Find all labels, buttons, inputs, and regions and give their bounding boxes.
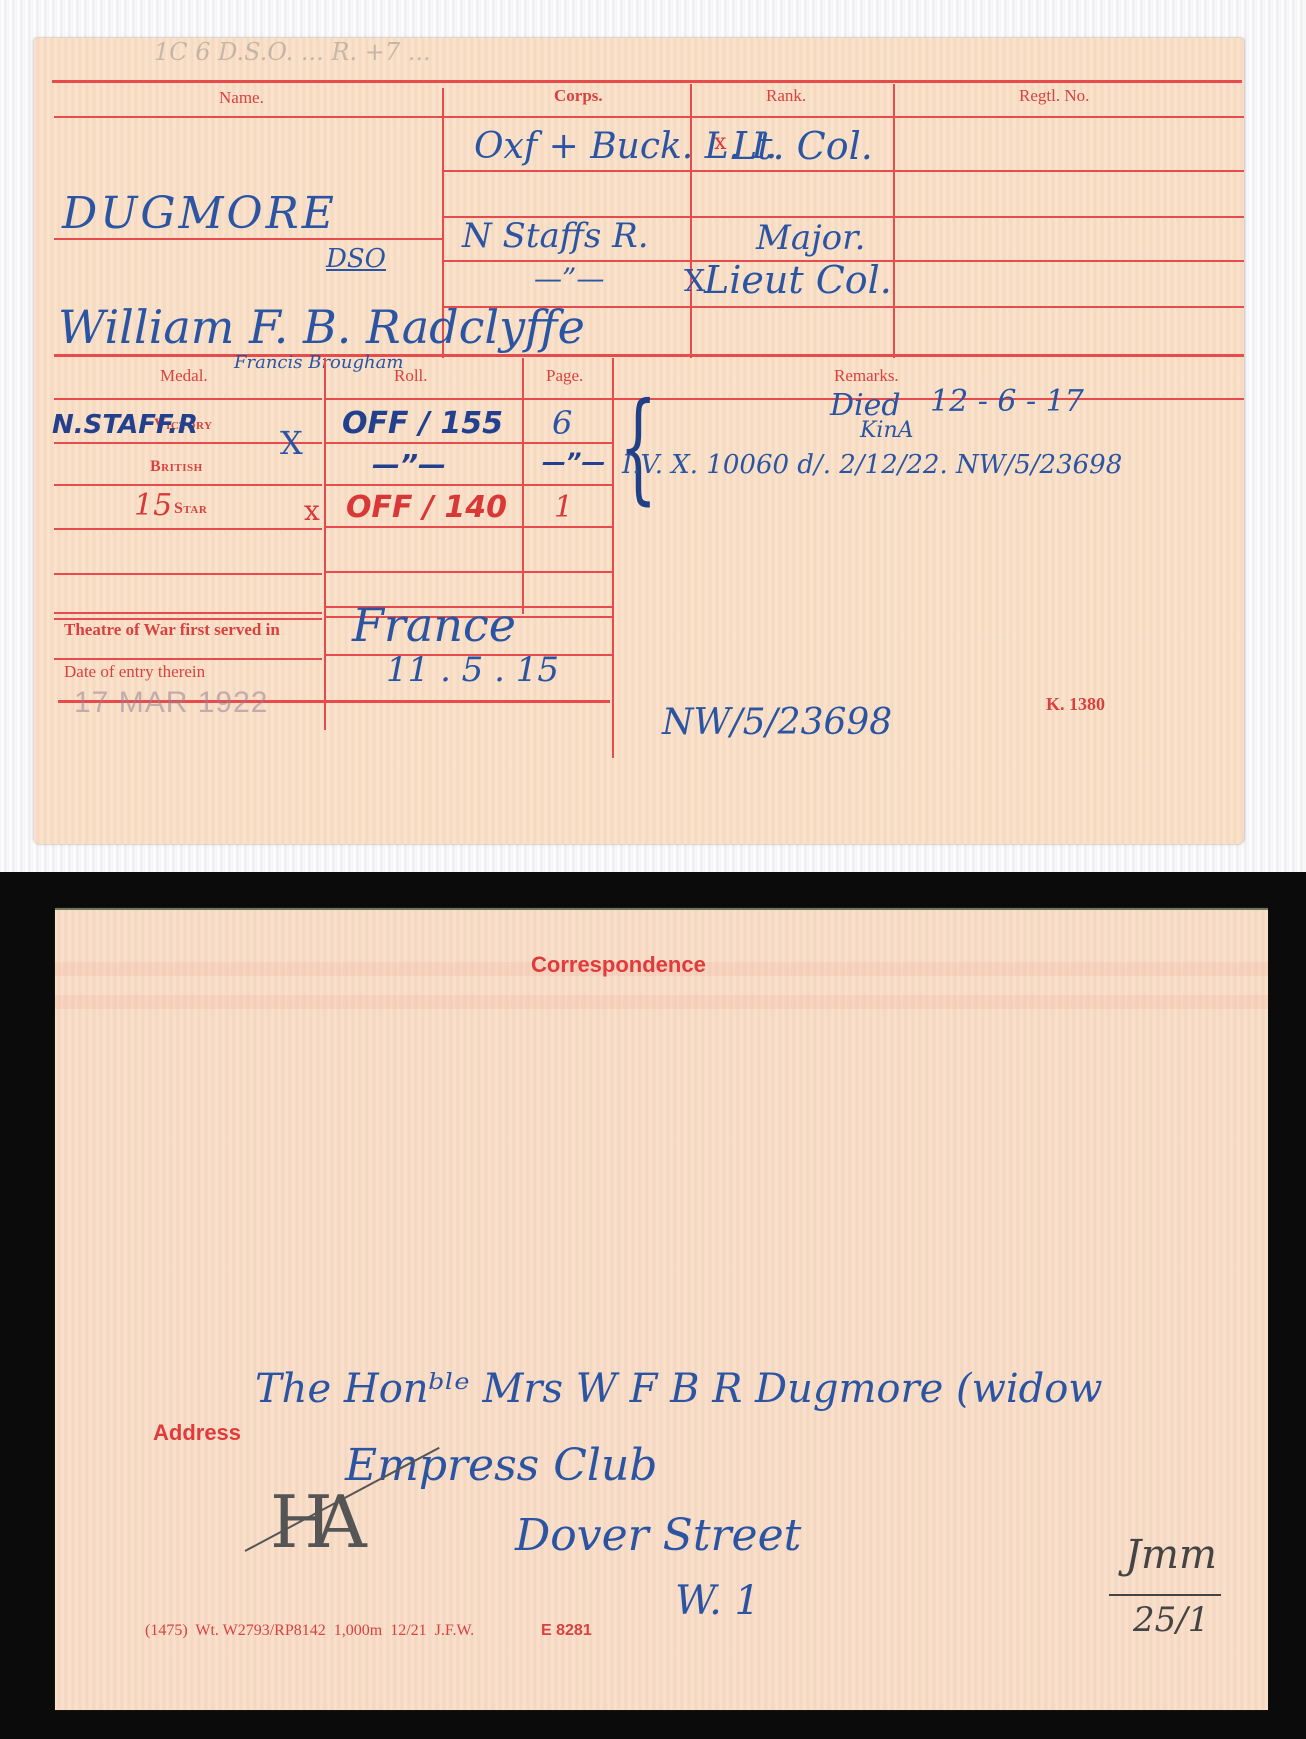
remarks-kia: KinA [860, 418, 914, 443]
column-header-corps: Corps. [554, 86, 603, 106]
date-received-stamp: 17 MAR 1922 [74, 686, 268, 720]
column-header-page: Page. [546, 366, 583, 386]
rule [54, 658, 322, 660]
pencil-header-note: 1C 6 D.S.O. ... R. +7 ... [154, 38, 431, 66]
medal-index-card-front: 1C 6 D.S.O. ... R. +7 ... Name. Corps. R… [34, 38, 1244, 844]
medal-index-card-back: Correspondence Address The Honᵇˡᵉ Mrs W … [55, 908, 1268, 1710]
remarks-date: 12 - 6 - 17 [930, 384, 1084, 419]
date-of-entry-value: 11 . 5 . 15 [386, 650, 559, 690]
roll-victory: OFF / 155 [342, 406, 503, 441]
handwritten-reference: NW/5/23698 [662, 702, 892, 743]
printer-line: (1475) Wt. W2793/RP8142 1,000m 12/21 J.F… [145, 1622, 474, 1640]
rule [54, 612, 322, 614]
issued-mark-victory-british: X [280, 424, 303, 462]
rank-row-2: Major. [756, 218, 865, 258]
rule [326, 442, 612, 444]
rule [54, 573, 322, 575]
rule [54, 398, 322, 400]
forenames-expansion: Francis Brougham [234, 352, 403, 373]
pencil-date: 25/1 [1133, 1600, 1209, 1640]
theatre-value: France [352, 598, 516, 652]
address-label: Address [153, 1420, 241, 1446]
faint-rule [55, 995, 1268, 1009]
rank-mark-1: x [714, 130, 726, 155]
column-header-medal: Medal. [160, 366, 208, 386]
pencil-signature: Jmm [1125, 1532, 1217, 1578]
rule [893, 84, 895, 358]
remarks-reference: I.V. X. 10060 d/. 2/12/22. NW/5/23698 [622, 450, 1122, 480]
rule [54, 116, 442, 118]
brace: { [619, 378, 657, 517]
forenames: William F. B. Radclyffe [58, 300, 585, 354]
surname: DUGMORE [62, 188, 337, 239]
rule [444, 116, 1244, 118]
column-header-rank: Rank. [766, 86, 806, 106]
rule [54, 484, 322, 486]
column-header-roll: Roll. [394, 366, 428, 386]
pencil-underline [1109, 1594, 1221, 1596]
star-year-annotation: 15 [134, 488, 172, 523]
address-line-1: The Honᵇˡᵉ Mrs W F B R Dugmore (widow [255, 1366, 1103, 1412]
rule [326, 526, 612, 528]
column-header-remarks: Remarks. [834, 366, 899, 386]
page-star: 1 [554, 490, 573, 525]
page-victory: 6 [552, 404, 572, 442]
rule [522, 358, 524, 614]
rule [326, 571, 612, 573]
honour-dso: DSO [326, 244, 386, 274]
medal-star-label: Star [174, 500, 207, 518]
rule [52, 80, 1242, 83]
form-number: K. 1380 [1046, 694, 1105, 715]
rule [324, 358, 326, 730]
correspondence-title: Correspondence [531, 952, 706, 978]
rank-row-3: Lieut Col. [704, 258, 892, 302]
date-of-entry-label: Date of entry therein [64, 662, 205, 682]
address-line-2: Empress Club [345, 1440, 657, 1491]
rule [326, 398, 612, 400]
rule [54, 528, 322, 530]
page-british: —”— [542, 448, 605, 476]
column-header-name: Name. [219, 88, 264, 108]
corps-row-2: N Staffs R. [462, 216, 649, 256]
address-line-4: W. 1 [675, 1578, 760, 1624]
rank-mark-3: X [684, 264, 705, 299]
issued-mark-star: x [304, 494, 320, 527]
rule [612, 358, 614, 758]
rank-row-1: Lt. Col. [732, 124, 873, 168]
rule [326, 484, 612, 486]
unit-annotation: N.STAFF.R [52, 410, 198, 440]
pencil-initials: HA [270, 1480, 349, 1564]
theatre-label: Theatre of War first served in [64, 620, 280, 640]
rule [54, 354, 1244, 357]
roll-british: —”— [372, 448, 446, 481]
medal-british-label: British [150, 458, 203, 476]
corps-row-3: —”— [534, 262, 604, 295]
column-header-regtl-no: Regtl. No. [1019, 86, 1089, 106]
roll-star: OFF / 140 [346, 490, 507, 525]
address-line-3: Dover Street [515, 1510, 801, 1561]
rule [614, 398, 1244, 400]
rule [444, 170, 1244, 172]
printer-code: E 8281 [541, 1622, 592, 1640]
